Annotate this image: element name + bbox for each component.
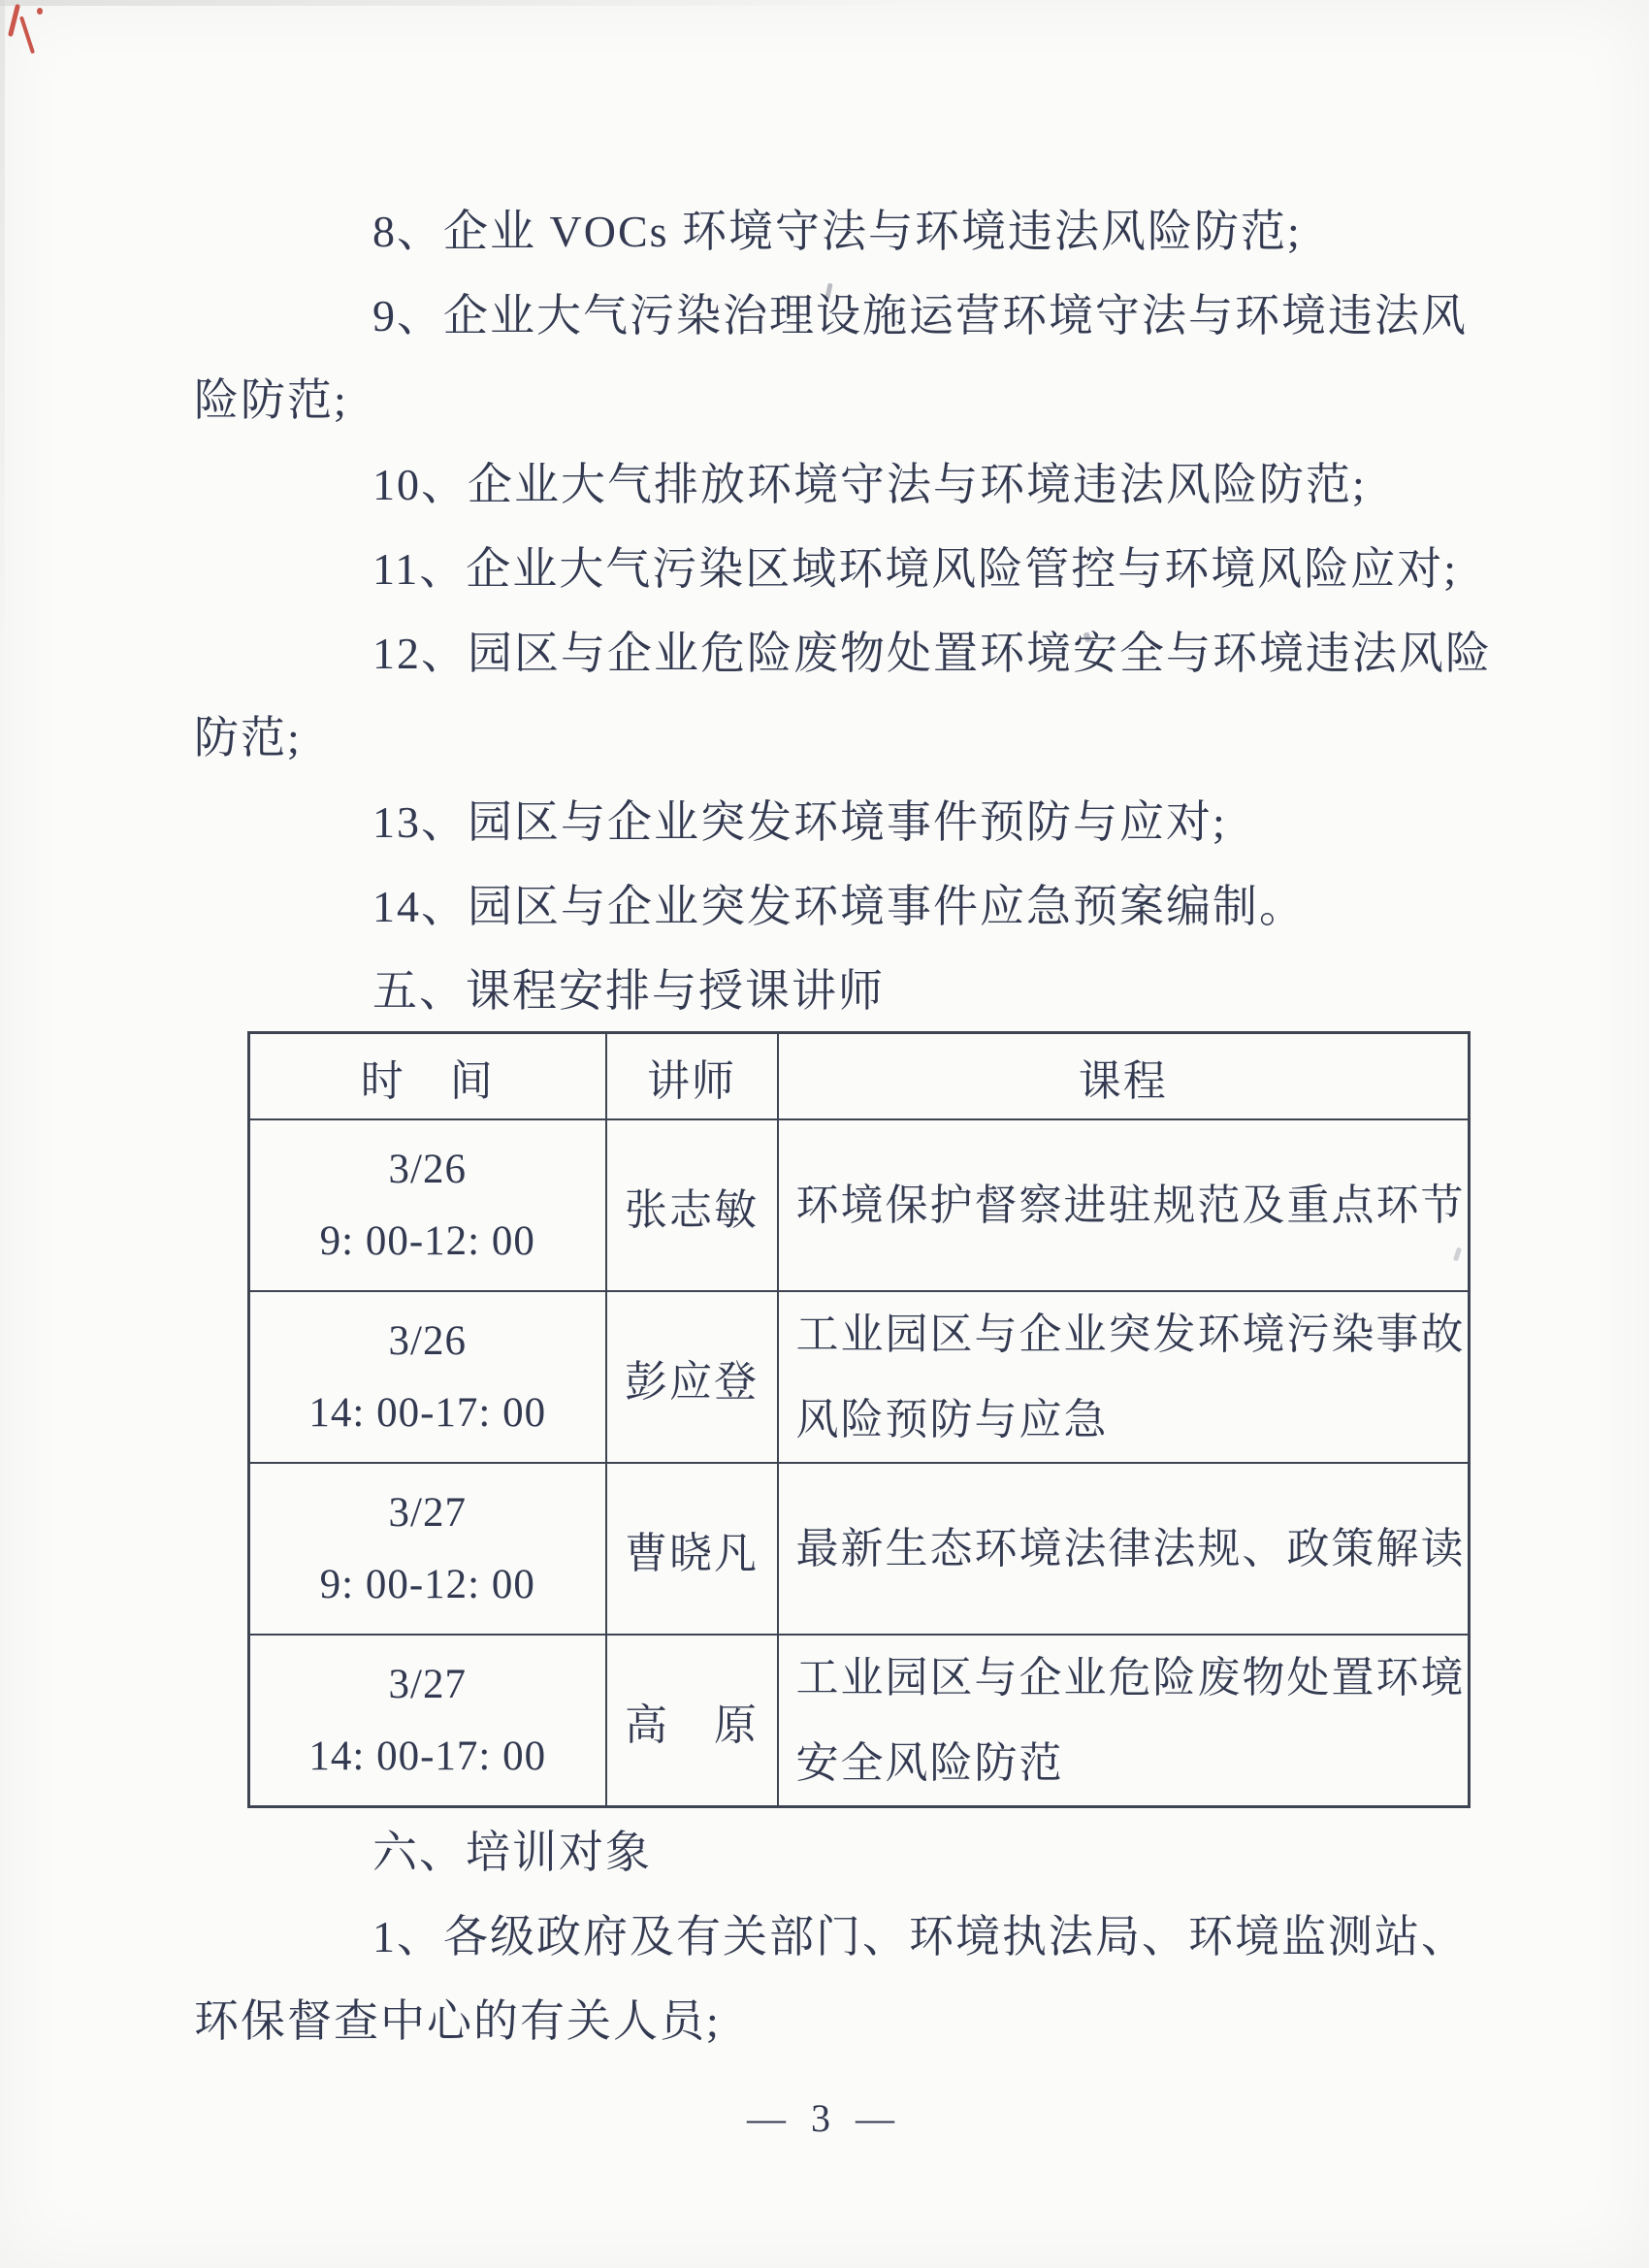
session-lecturer: 高 原 bbox=[606, 1635, 778, 1807]
session-hours: 9: 00-12: 00 bbox=[320, 1561, 535, 1608]
session-hours: 9: 00-12: 00 bbox=[320, 1217, 535, 1265]
schedule-row-3: 3/27 9: 00-12: 00 曹晓凡 最新生态环境法律法规、政策解读 bbox=[249, 1463, 1470, 1635]
audience-item-1-cont: 环保督查中心的有关人员; bbox=[194, 1975, 1465, 2059]
course-title-line: 风险预防与应急 bbox=[796, 1377, 1469, 1463]
schedule-table: 时 间 讲师 课程 3/26 9: 00-12: 00 张志敏 环境保护督察进驻… bbox=[247, 1031, 1471, 1808]
session-time: 3/26 14: 00-17: 00 bbox=[250, 1292, 605, 1462]
section-6-heading: 六、培训对象 bbox=[194, 1806, 1465, 1891]
course-title-line: 最新生态环境法律法规、政策解读 bbox=[796, 1507, 1469, 1592]
list-item-13: 13、园区与企业突发环境事件预防与应对; bbox=[194, 776, 1465, 860]
scan-artifact-red-mark bbox=[37, 8, 43, 15]
scan-edge-shadow-left bbox=[0, 0, 5, 680]
schedule-row-1: 3/26 9: 00-12: 00 张志敏 环境保护督察进驻规范及重点环节 bbox=[249, 1119, 1470, 1291]
list-item-12-cont: 防范; bbox=[194, 692, 1465, 776]
course-title-line: 工业园区与企业危险废物处置环境 bbox=[796, 1636, 1469, 1721]
course-title-line: 工业园区与企业突发环境污染事故 bbox=[796, 1292, 1469, 1377]
list-item-14: 14、园区与企业突发环境事件应急预案编制。 bbox=[194, 860, 1465, 945]
section-5-heading: 五、课程安排与授课讲师 bbox=[194, 945, 1465, 1029]
course-title-line: 环境保护督察进驻规范及重点环节 bbox=[796, 1163, 1469, 1248]
schedule-row-4: 3/27 14: 00-17: 00 高 原 工业园区与企业危险废物处置环境 安… bbox=[249, 1635, 1470, 1807]
scan-artifact-red-mark bbox=[19, 16, 35, 53]
course-title-line: 安全风险防范 bbox=[796, 1721, 1469, 1806]
scanned-document-page: 8、企业 VOCs 环境守法与环境违法风险防范; 9、企业大气污染治理设施运营环… bbox=[0, 0, 1649, 2268]
session-lecturer: 彭应登 bbox=[606, 1291, 778, 1463]
session-lecturer: 张志敏 bbox=[606, 1119, 778, 1291]
course-list-section: 8、企业 VOCs 环境守法与环境违法风险防范; 9、企业大气污染治理设施运营环… bbox=[194, 185, 1465, 1029]
list-item-8: 8、企业 VOCs 环境守法与环境违法风险防范; bbox=[194, 185, 1465, 270]
col-header-time: 时 间 bbox=[249, 1033, 606, 1120]
session-course: 环境保护督察进驻规范及重点环节 bbox=[779, 1120, 1469, 1290]
session-time: 3/27 14: 00-17: 00 bbox=[250, 1636, 605, 1805]
session-date: 3/26 bbox=[389, 1317, 467, 1365]
session-date: 3/27 bbox=[389, 1489, 467, 1537]
audience-item-1: 1、各级政府及有关部门、环境执法局、环境监测站、 bbox=[194, 1891, 1465, 1975]
session-course: 工业园区与企业危险废物处置环境 安全风险防范 bbox=[779, 1636, 1469, 1805]
audience-section: 六、培训对象 1、各级政府及有关部门、环境执法局、环境监测站、 环保督查中心的有… bbox=[194, 1806, 1465, 2059]
session-course: 最新生态环境法律法规、政策解读 bbox=[779, 1464, 1469, 1634]
session-lecturer: 曹晓凡 bbox=[606, 1463, 778, 1635]
list-item-10: 10、企业大气排放环境守法与环境违法风险防范; bbox=[194, 438, 1465, 523]
scan-edge-shadow-top bbox=[0, 0, 956, 6]
list-item-12: 12、园区与企业危险废物处置环境安全与环境违法风险 bbox=[194, 607, 1465, 692]
session-date: 3/26 bbox=[389, 1146, 467, 1193]
page-number: — 3 — bbox=[0, 2095, 1649, 2146]
scan-artifact-red-mark bbox=[8, 4, 20, 37]
session-hours: 14: 00-17: 00 bbox=[308, 1389, 546, 1437]
schedule-row-2: 3/26 14: 00-17: 00 彭应登 工业园区与企业突发环境污染事故 风… bbox=[249, 1291, 1470, 1463]
session-course: 工业园区与企业突发环境污染事故 风险预防与应急 bbox=[779, 1292, 1469, 1462]
col-header-course: 课程 bbox=[778, 1033, 1470, 1120]
session-date: 3/27 bbox=[389, 1661, 467, 1708]
session-hours: 14: 00-17: 00 bbox=[308, 1733, 546, 1780]
col-header-lecturer: 讲师 bbox=[606, 1033, 778, 1120]
list-item-11: 11、企业大气污染区域环境风险管控与环境风险应对; bbox=[194, 523, 1465, 607]
session-time: 3/26 9: 00-12: 00 bbox=[250, 1120, 605, 1290]
session-time: 3/27 9: 00-12: 00 bbox=[250, 1464, 605, 1634]
list-item-9: 9、企业大气污染治理设施运营环境守法与环境违法风 bbox=[194, 270, 1465, 354]
list-item-9-cont: 险防范; bbox=[194, 354, 1465, 438]
schedule-header-row: 时 间 讲师 课程 bbox=[249, 1033, 1470, 1120]
